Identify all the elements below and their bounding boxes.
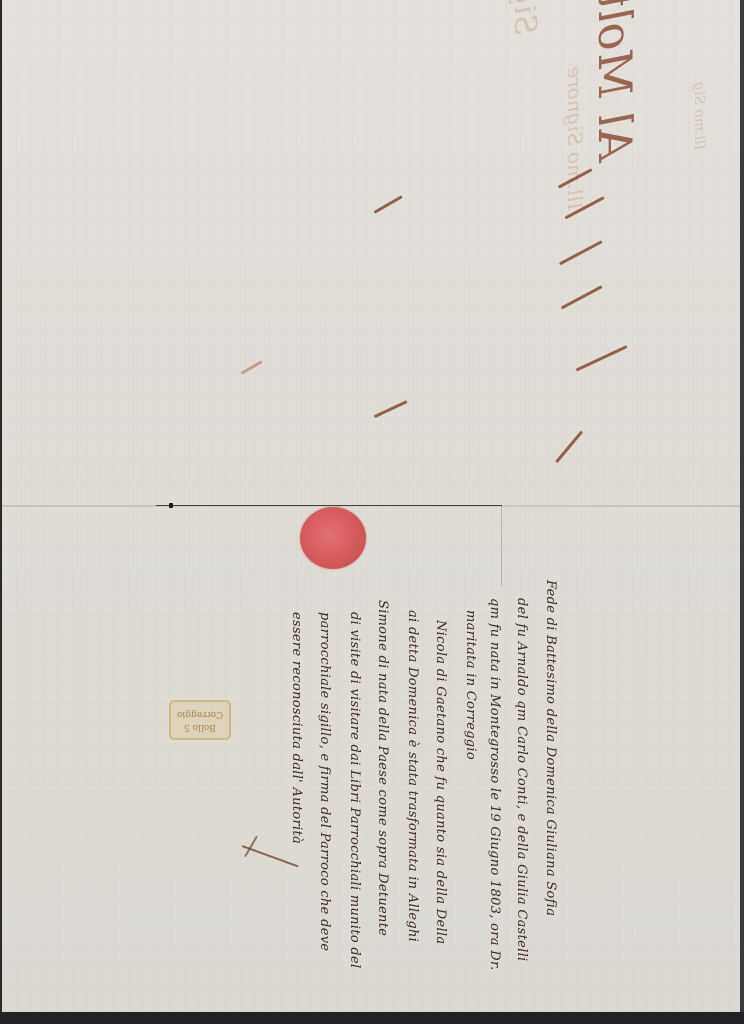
bleed-through-address-large: Al Molto (588, 0, 642, 160)
scan-bottom-edge (0, 1012, 744, 1024)
text-line-7: Simone di nata della Paese come sopra De… (375, 600, 390, 936)
tax-stamp: Bollo 5 Correggio (169, 700, 231, 740)
text-line-8: di visite di visitare dai Libri Parrocch… (347, 612, 362, 968)
scan-right-edge (740, 0, 744, 1012)
stamp-line2: Correggio (171, 707, 229, 720)
envelope-flap-edge (156, 505, 502, 506)
bleed-through-address-line2: Ill.mo Signore (563, 66, 587, 210)
ink-dot (169, 503, 173, 508)
wax-seal (300, 507, 366, 569)
text-line-3: qm fu nata in Montegrosso le 19 Giugno 1… (487, 598, 502, 971)
bleed-stroke (374, 195, 403, 214)
bleed-through-right-note: Ill.mo Sig. (691, 77, 707, 150)
flap-side-edge (501, 506, 502, 586)
bleed-stroke (561, 285, 603, 309)
text-line-1: Fede di Battesimo della Domenica Giulian… (543, 580, 558, 916)
bleed-stroke (576, 345, 628, 371)
bleed-stroke (240, 360, 262, 375)
text-line-5: Nicola di Gaetano che fu quanto sia dell… (433, 620, 448, 944)
stamp-line1: Bollo 5 (171, 720, 229, 733)
text-line-9: parrocchiale sigillo, e firma del Parroc… (317, 612, 332, 951)
text-line-10: essere reconosciuta dall' Autorità (289, 612, 304, 844)
bleed-stroke (559, 240, 603, 265)
bleed-through-address-line3: Sig. Parroco (507, 0, 542, 35)
bleed-stroke (555, 431, 583, 464)
text-line-4: maritata in Correggio (463, 610, 478, 760)
text-line-6: ai detta Domenica è stata trasformata in… (405, 610, 420, 942)
document-sheet: Al Molto Ill.mo Signore Sig. Parroco Ill… (2, 0, 742, 1012)
bleed-stroke (374, 400, 408, 418)
text-line-2: del fu Arnaldo qm Carlo Conti, e della G… (514, 598, 529, 962)
